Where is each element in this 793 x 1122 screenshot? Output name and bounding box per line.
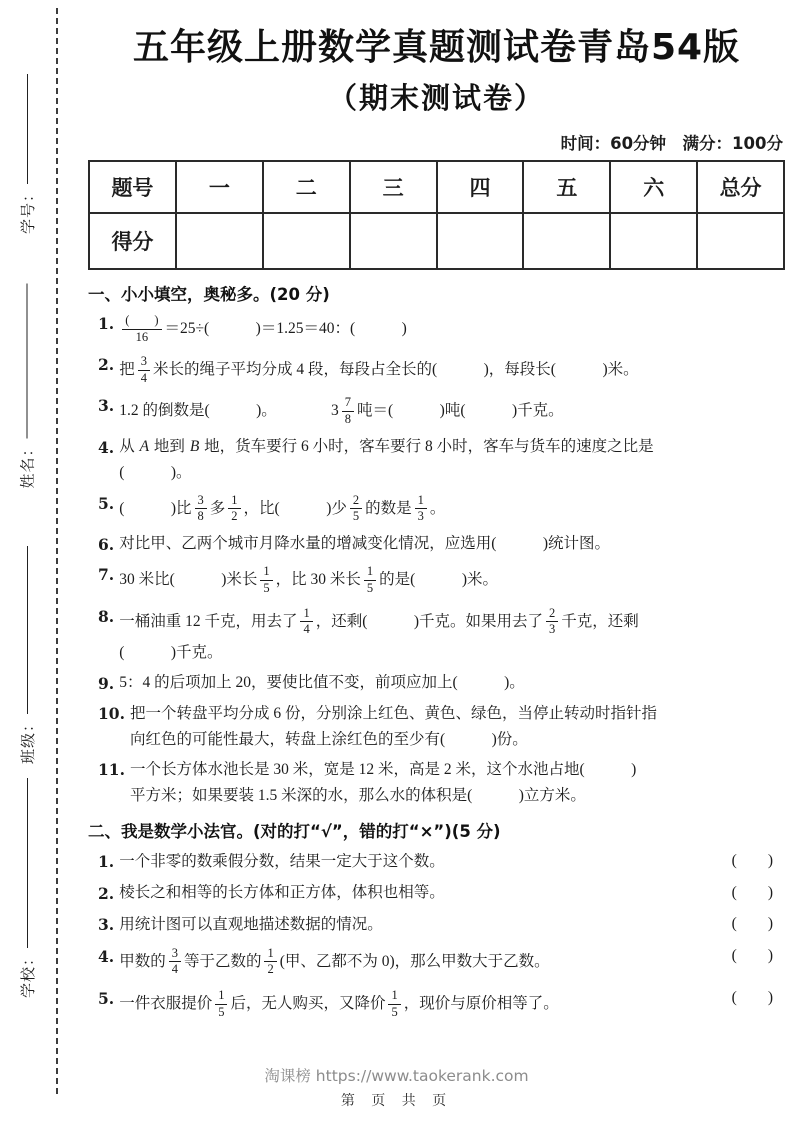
score-table-col-3: 三 (350, 161, 437, 213)
question-number: 4. (98, 945, 114, 968)
question-text: 从 A 地到 B 地，货车要行 6 小时，客车要行 8 小时，客车与货车的速度之… (119, 436, 785, 485)
question-number: 6. (98, 533, 114, 556)
question-number: 2. (98, 882, 114, 905)
student-id-field: 学号： (16, 74, 38, 234)
class-blank (27, 546, 28, 714)
score-cell (523, 213, 610, 269)
score-table-col-6: 六 (610, 161, 697, 213)
question-text: ( )比38多12，比( )少25的数是13。 (119, 492, 785, 526)
question-text: 对比甲、乙两个城市月降水量的增减变化情况，应选用( )统计图。 (119, 533, 785, 556)
score-table-col-5: 五 (523, 161, 610, 213)
score-table-col-total: 总分 (697, 161, 784, 213)
question-2: 2. 把34米长的绳子平均分成 4 段，每段占全长的( )，每段长( )米。 (98, 353, 785, 387)
school-field: 学校： (16, 778, 38, 998)
question-number: 11. (98, 758, 125, 781)
judge-question-5: 5. 一件衣服提价15后，无人购买，又降价15，现价与原价相等了。 ( ) (98, 987, 785, 1021)
student-name-label: 姓名： (16, 440, 37, 488)
question-text: 1.2 的倒数是( )。 378吨＝( )吨( )千克。 (119, 394, 785, 428)
school-label: 学校： (17, 950, 38, 998)
question-number: 9. (98, 672, 114, 695)
answer-parentheses: ( ) (724, 987, 773, 1009)
exam-page: 学号： 姓名： 班级： 学校： 五年级上册数学真题测试卷青岛54版 （期末测试卷… (0, 0, 793, 1122)
question-number: 10. (98, 702, 125, 725)
score-cell (176, 213, 263, 269)
class-field: 班级： (16, 546, 38, 764)
score-table: 题号 一 二 三 四 五 六 总分 得分 (88, 160, 785, 270)
score-cell (697, 213, 784, 269)
section-fill-in-blanks: 一、小小填空，奥秘多。(20 分) 1. ( )16＝25÷( )＝1.25＝4… (88, 281, 785, 807)
score-table-col-2: 二 (263, 161, 350, 213)
question-6: 6. 对比甲、乙两个城市月降水量的增减变化情况，应选用( )统计图。 (98, 533, 785, 556)
answer-parentheses: ( ) (724, 913, 773, 935)
student-name-field: 姓名： (16, 284, 38, 489)
question-text: 一个长方体水池长是 30 米，宽是 12 米，高是 2 米，这个水池占地( )平… (130, 758, 785, 807)
score-table-col-4: 四 (437, 161, 524, 213)
student-name-blank (26, 284, 27, 439)
student-id-label: 学号： (17, 186, 38, 234)
exam-time-score-info: 时间：60分钟 满分：100分 (88, 130, 785, 154)
score-table-col-1: 一 (176, 161, 263, 213)
question-10: 10. 把一个转盘平均分成 6 份，分别涂上红色、黄色、绿色，当停止转动时指针指… (98, 702, 785, 751)
fold-dashed-line (56, 8, 58, 1094)
question-number: 5. (98, 987, 114, 1010)
judge-question-3: 3. 用统计图可以直观地描述数据的情况。 ( ) (98, 913, 785, 936)
section2-title: 二、我是数学小法官。(对的打“√”，错的打“×”)(5 分) (88, 818, 785, 842)
question-1: 1. ( )16＝25÷( )＝1.25＝40：( ) (98, 312, 785, 346)
question-text: 5：4 的后项加上 20，要使比值不变，前项应加上( )。 (119, 672, 785, 695)
question-9: 9. 5：4 的后项加上 20，要使比值不变，前项应加上( )。 (98, 672, 785, 695)
score-table-header-row: 题号 一 二 三 四 五 六 总分 (89, 161, 784, 213)
answer-parentheses: ( ) (724, 945, 773, 967)
question-number: 8. (98, 605, 114, 628)
section1-title: 一、小小填空，奥秘多。(20 分) (88, 281, 785, 305)
answer-parentheses: ( ) (724, 882, 773, 904)
question-4: 4. 从 A 地到 B 地，货车要行 6 小时，客车要行 8 小时，客车与货车的… (98, 436, 785, 485)
score-cell (437, 213, 524, 269)
question-number: 4. (98, 436, 114, 459)
question-number: 2. (98, 353, 114, 376)
question-3: 3. 1.2 的倒数是( )。 378吨＝( )吨( )千克。 (98, 394, 785, 428)
judge-question-1: 1. 一个非零的数乘假分数，结果一定大于这个数。 ( ) (98, 850, 785, 873)
student-id-blank (27, 74, 28, 184)
question-text: 30 米比( )米长15，比 30 米长15的是( )米。 (119, 563, 785, 597)
judge-question-2: 2. 棱长之和相等的长方体和正方体，体积也相等。 ( ) (98, 882, 785, 905)
question-text: 甲数的34等于乙数的12(甲、乙都不为 0)，那么甲数大于乙数。 (119, 945, 723, 979)
question-number: 1. (98, 850, 114, 873)
question-number: 1. (98, 312, 114, 335)
score-table-score-row: 得分 (89, 213, 784, 269)
score-cell (350, 213, 437, 269)
question-7: 7. 30 米比( )米长15，比 30 米长15的是( )米。 (98, 563, 785, 597)
answer-parentheses: ( ) (724, 850, 773, 872)
score-table-col-label: 题号 (89, 161, 176, 213)
question-text: 一件衣服提价15后，无人购买，又降价15，现价与原价相等了。 (119, 987, 723, 1021)
score-row-label: 得分 (89, 213, 176, 269)
question-text: 把一个转盘平均分成 6 份，分别涂上红色、黄色、绿色，当停止转动时指针指向红色的… (130, 702, 785, 751)
question-text: ( )16＝25÷( )＝1.25＝40：( ) (119, 312, 785, 346)
page-number-info: 第 页 共 页 (0, 1090, 793, 1110)
page-subtitle: （期末测试卷） (88, 81, 785, 116)
score-cell (263, 213, 350, 269)
question-8: 8. 一桶油重 12 千克，用去了14，还剩( )千克。如果用去了23千克，还剩… (98, 605, 785, 665)
question-5: 5. ( )比38多12，比( )少25的数是13。 (98, 492, 785, 526)
question-number: 3. (98, 913, 114, 936)
question-text: 一个非零的数乘假分数，结果一定大于这个数。 (119, 850, 723, 873)
school-blank (27, 778, 28, 948)
question-text: 把34米长的绳子平均分成 4 段，每段占全长的( )，每段长( )米。 (119, 353, 785, 387)
page-footer: 淘课榜 https://www.taokerank.com 第 页 共 页 (0, 1064, 793, 1110)
watermark-site-link[interactable]: 淘课榜 https://www.taokerank.com (0, 1064, 793, 1086)
exam-body: 五年级上册数学真题测试卷青岛54版 （期末测试卷） 时间：60分钟 满分：100… (88, 0, 785, 1029)
question-text: 一桶油重 12 千克，用去了14，还剩( )千克。如果用去了23千克，还剩( )… (119, 605, 785, 665)
question-number: 3. (98, 394, 114, 417)
question-number: 7. (98, 563, 114, 586)
class-label: 班级： (17, 716, 38, 764)
question-11: 11. 一个长方体水池长是 30 米，宽是 12 米，高是 2 米，这个水池占地… (98, 758, 785, 807)
question-number: 5. (98, 492, 114, 515)
question-text: 棱长之和相等的长方体和正方体，体积也相等。 (119, 882, 723, 905)
score-cell (610, 213, 697, 269)
section-true-false: 二、我是数学小法官。(对的打“√”，错的打“×”)(5 分) 1. 一个非零的数… (88, 818, 785, 1021)
judge-question-4: 4. 甲数的34等于乙数的12(甲、乙都不为 0)，那么甲数大于乙数。 ( ) (98, 945, 785, 979)
page-title: 五年级上册数学真题测试卷青岛54版 (88, 26, 785, 69)
question-text: 用统计图可以直观地描述数据的情况。 (119, 913, 723, 936)
